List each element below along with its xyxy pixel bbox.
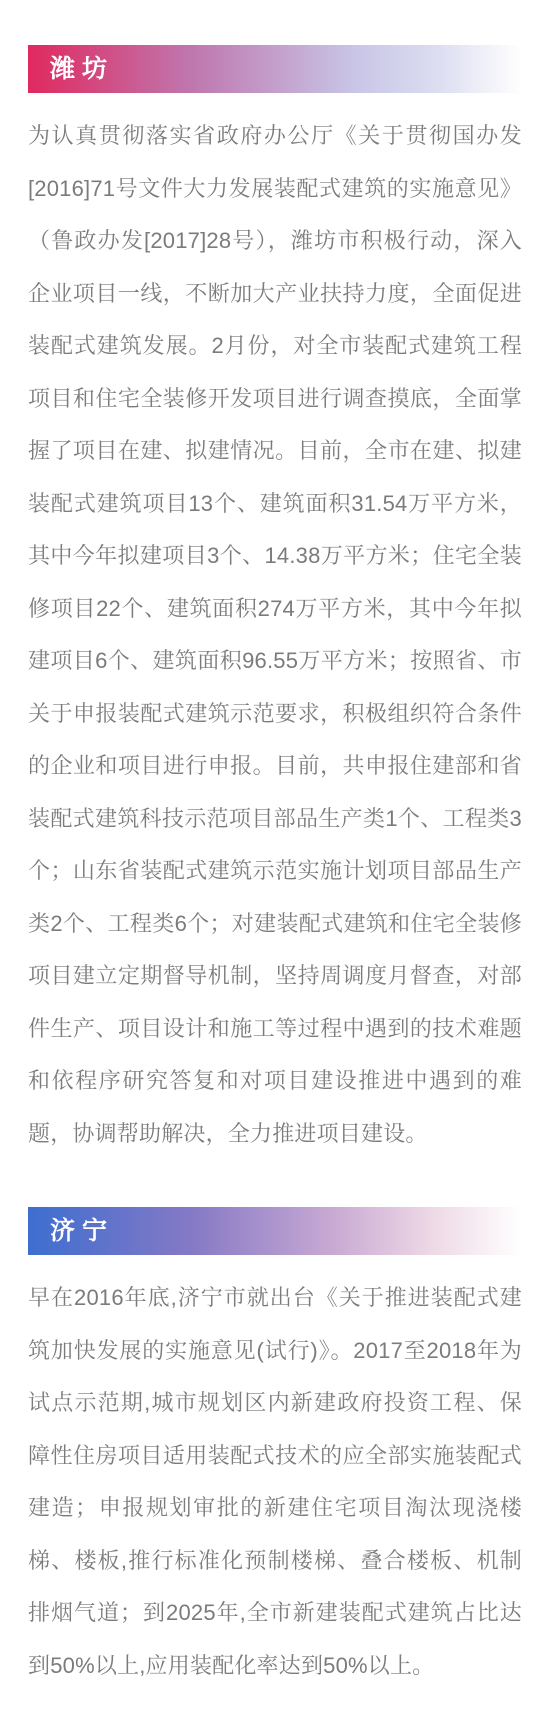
section-title-weifang: 潍坊: [28, 57, 114, 82]
section-jining: 济宁 早在2016年底,济宁市就出台《关于推进装配式建筑加快发展的实施意见(试行…: [28, 1207, 522, 1692]
section-paragraph-jining: 早在2016年底,济宁市就出台《关于推进装配式建筑加快发展的实施意见(试行)》。…: [28, 1272, 522, 1692]
section-weifang: 潍坊 为认真贯彻落实省政府办公厅《关于贯彻国办发[2016]71号文件大力发展装…: [28, 45, 522, 1160]
section-paragraph-weifang: 为认真贯彻落实省政府办公厅《关于贯彻国办发[2016]71号文件大力发展装配式建…: [28, 110, 522, 1160]
section-banner-weifang: 潍坊: [28, 45, 522, 93]
section-banner-jining: 济宁: [28, 1207, 522, 1255]
article-page: 潍坊 为认真贯彻落实省政府办公厅《关于贯彻国办发[2016]71号文件大力发展装…: [0, 0, 550, 1732]
section-title-jining: 济宁: [28, 1219, 114, 1244]
